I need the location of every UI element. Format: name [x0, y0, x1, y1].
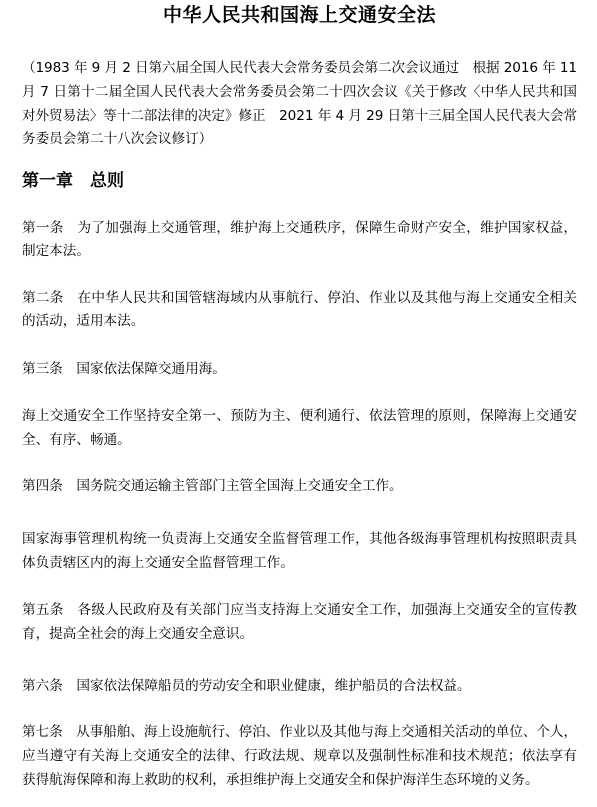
paragraph-line: 第二条 在中华人民共和国管辖海域内从事航行、停泊、作业以及其他与海上交通安全相关	[22, 288, 577, 308]
preamble-line: 对外贸易法〉等十二部法律的决定》修正 2021 年 4 月 29 日第十三届全国…	[22, 106, 577, 126]
paragraph-line: 第七条 从事船舶、海上设施航行、停泊、作业以及其他与海上交通相关活动的单位、个人…	[22, 722, 577, 742]
preamble-line: 月 7 日第十二届全国人民代表大会常务委员会第二十四次会议《关于修改〈中华人民共…	[22, 82, 577, 102]
paragraph-line: 的活动，适用本法。	[22, 311, 577, 331]
chapter-separator	[73, 171, 90, 191]
paragraph-line: 第六条 国家依法保障船员的劳动安全和职业健康，维护船员的合法权益。	[22, 676, 577, 696]
paragraph-line: 育，提高全社会的海上交通安全意识。	[22, 624, 577, 644]
paragraph-line: 海上交通安全工作坚持安全第一、预防为主、便利通行、依法管理的原则，保障海上交通安	[22, 406, 577, 426]
paragraph-line: 体负责辖区内的海上交通安全监督管理工作。	[22, 553, 577, 573]
paragraph-line: 第五条 各级人民政府及有关部门应当支持海上交通安全工作，加强海上交通安全的宣传教	[22, 600, 577, 620]
paragraph-line: 应当遵守有关海上交通安全的法律、行政法规、规章以及强制性标准和技术规范；依法享有	[22, 746, 577, 766]
paragraph-line: 国家海事管理机构统一负责海上交通安全监督管理工作，其他各级海事管理机构按照职责具	[22, 529, 577, 549]
paragraph-line: 第四条 国务院交通运输主管部门主管全国海上交通安全工作。	[22, 476, 577, 496]
document-title: 中华人民共和国海上交通安全法	[22, 2, 577, 28]
paragraph-line: 获得航海保障和海上救助的权利，承担维护海上交通安全和保护海洋生态环境的义务。	[22, 770, 577, 790]
paragraph-line: 制定本法。	[22, 241, 577, 261]
paragraph-line: 全、有序、畅通。	[22, 430, 577, 450]
preamble-line: 务委员会第二十八次会议修订）	[22, 129, 577, 149]
preamble-line: （1983 年 9 月 2 日第六届全国人民代表大会常务委员会第二次会议通过 根…	[22, 58, 577, 78]
chapter-number: 第一章	[22, 171, 73, 191]
paragraph-line: 第三条 国家依法保障交通用海。	[22, 359, 577, 379]
chapter-name: 总则	[90, 171, 124, 191]
chapter-heading: 第一章 总则	[22, 169, 124, 193]
paragraph-line: 第一条 为了加强海上交通管理，维护海上交通秩序，保障生命财产安全，维护国家权益，	[22, 218, 577, 238]
